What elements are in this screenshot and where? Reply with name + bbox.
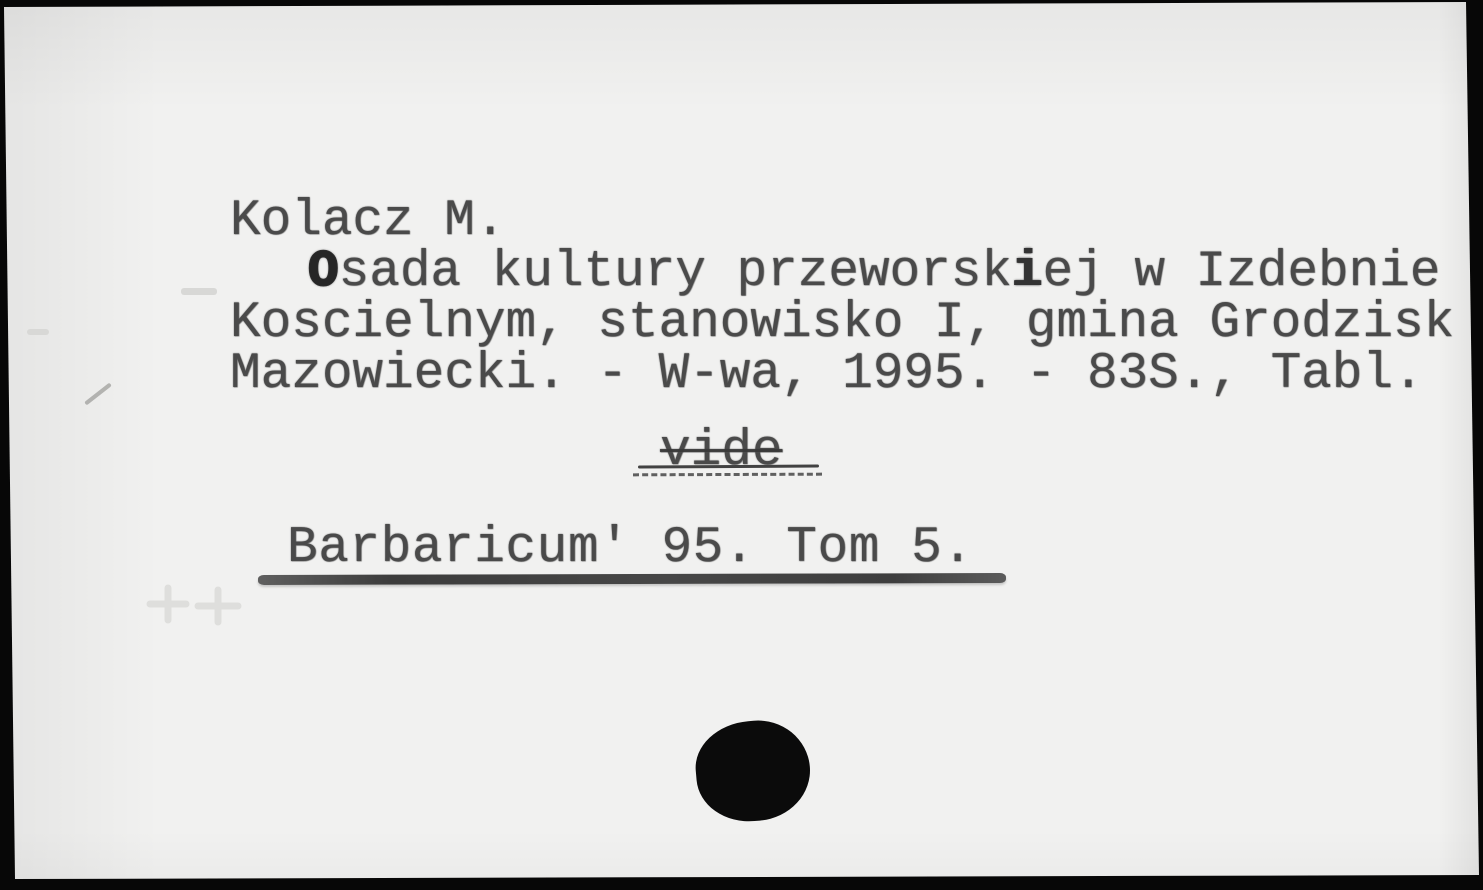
overstruck-letter: i — [1012, 244, 1043, 301]
catalog-card: Kolacz M. Osada kultury przeworskiej w I… — [0, 0, 1483, 890]
entry-body-line-3: Mazowiecki. - W-wa, 1995. - 83S., Tabl. — [230, 349, 1424, 400]
faint-smudge-mark — [181, 288, 217, 295]
scanner-bed-background: Kolacz M. Osada kultury przeworskiej w I… — [0, 0, 1483, 890]
entry-body-line-1: Osada kultury przeworskiej w Izdebnie — [308, 247, 1440, 298]
vide-underline-solid — [638, 465, 819, 469]
punch-hole-dot — [692, 716, 814, 826]
reference-underline — [258, 573, 1006, 585]
author-heading: Kolacz M. — [230, 196, 505, 247]
faint-smudge-mark — [27, 329, 49, 335]
reference-line: Barbaricum' 95. Tom 5. — [287, 523, 974, 574]
faint-cross-marks — [146, 582, 246, 626]
overstruck-first-letter: O — [308, 244, 339, 301]
entry-body-line-2: Koscielnym, stanowisko I, gmina Grodzisk — [230, 298, 1454, 349]
vide-underline-dashed — [633, 473, 822, 477]
entry-body-line-1-text: sada kultury przeworsk — [339, 244, 1012, 301]
pencil-slash-mark — [84, 383, 112, 406]
entry-body-line-1-text-end: ej w Izdebnie — [1043, 244, 1441, 301]
vide-crossed-out-note: vide — [660, 426, 782, 477]
